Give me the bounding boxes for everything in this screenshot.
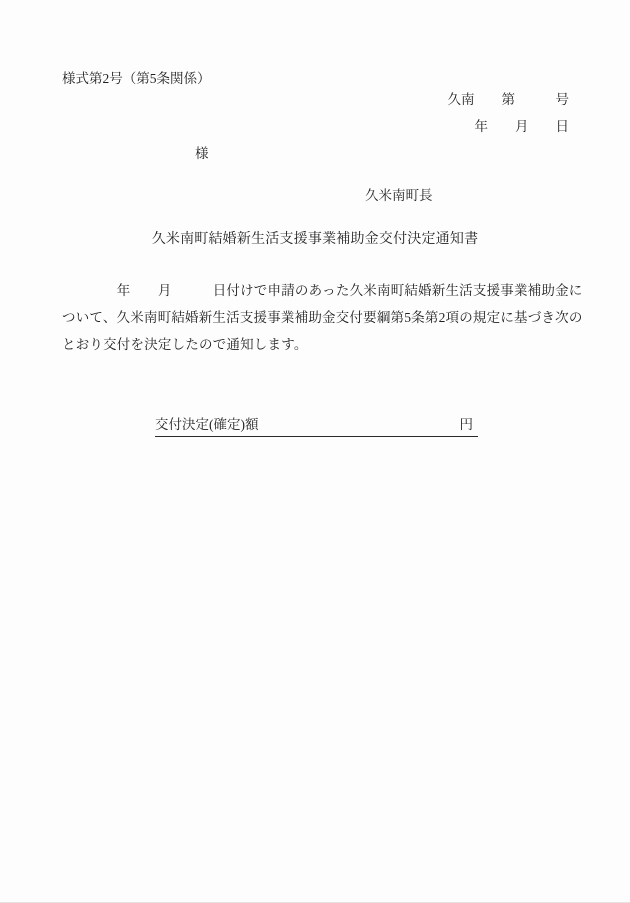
body-paragraph: 年 月 日付けで申請のあった久米南町結婚新生活支援事業補助金に ついて、久米南町… bbox=[62, 277, 574, 358]
body-line-1: 年 月 日付けで申請のあった久米南町結婚新生活支援事業補助金に bbox=[62, 277, 574, 304]
body-line-2: ついて、久米南町結婚新生活支援事業補助金交付要綱第5条第2項の規定に基づき次の bbox=[62, 304, 574, 331]
grant-amount-label: 交付決定(確定)額 bbox=[155, 413, 259, 433]
document-number-line: 久南 第 号 bbox=[448, 88, 570, 108]
document-title: 久米南町結婚新生活支援事業補助金交付決定通知書 bbox=[0, 228, 630, 248]
grant-amount-unit: 円 bbox=[460, 413, 479, 433]
form-number-label: 様式第2号（第5条関係） bbox=[62, 67, 211, 87]
addressee-honorific: 様 bbox=[195, 142, 209, 162]
grant-amount-field: 交付決定(確定)額 円 bbox=[155, 413, 478, 437]
issue-date-line: 年 月 日 bbox=[475, 115, 570, 135]
notice-document-page: 様式第2号（第5条関係） 久南 第 号 年 月 日 様 久米南町長 久米南町結婚… bbox=[0, 0, 630, 903]
sender-title: 久米南町長 bbox=[365, 184, 433, 204]
body-line-3: とおり交付を決定したので通知します。 bbox=[62, 331, 574, 358]
